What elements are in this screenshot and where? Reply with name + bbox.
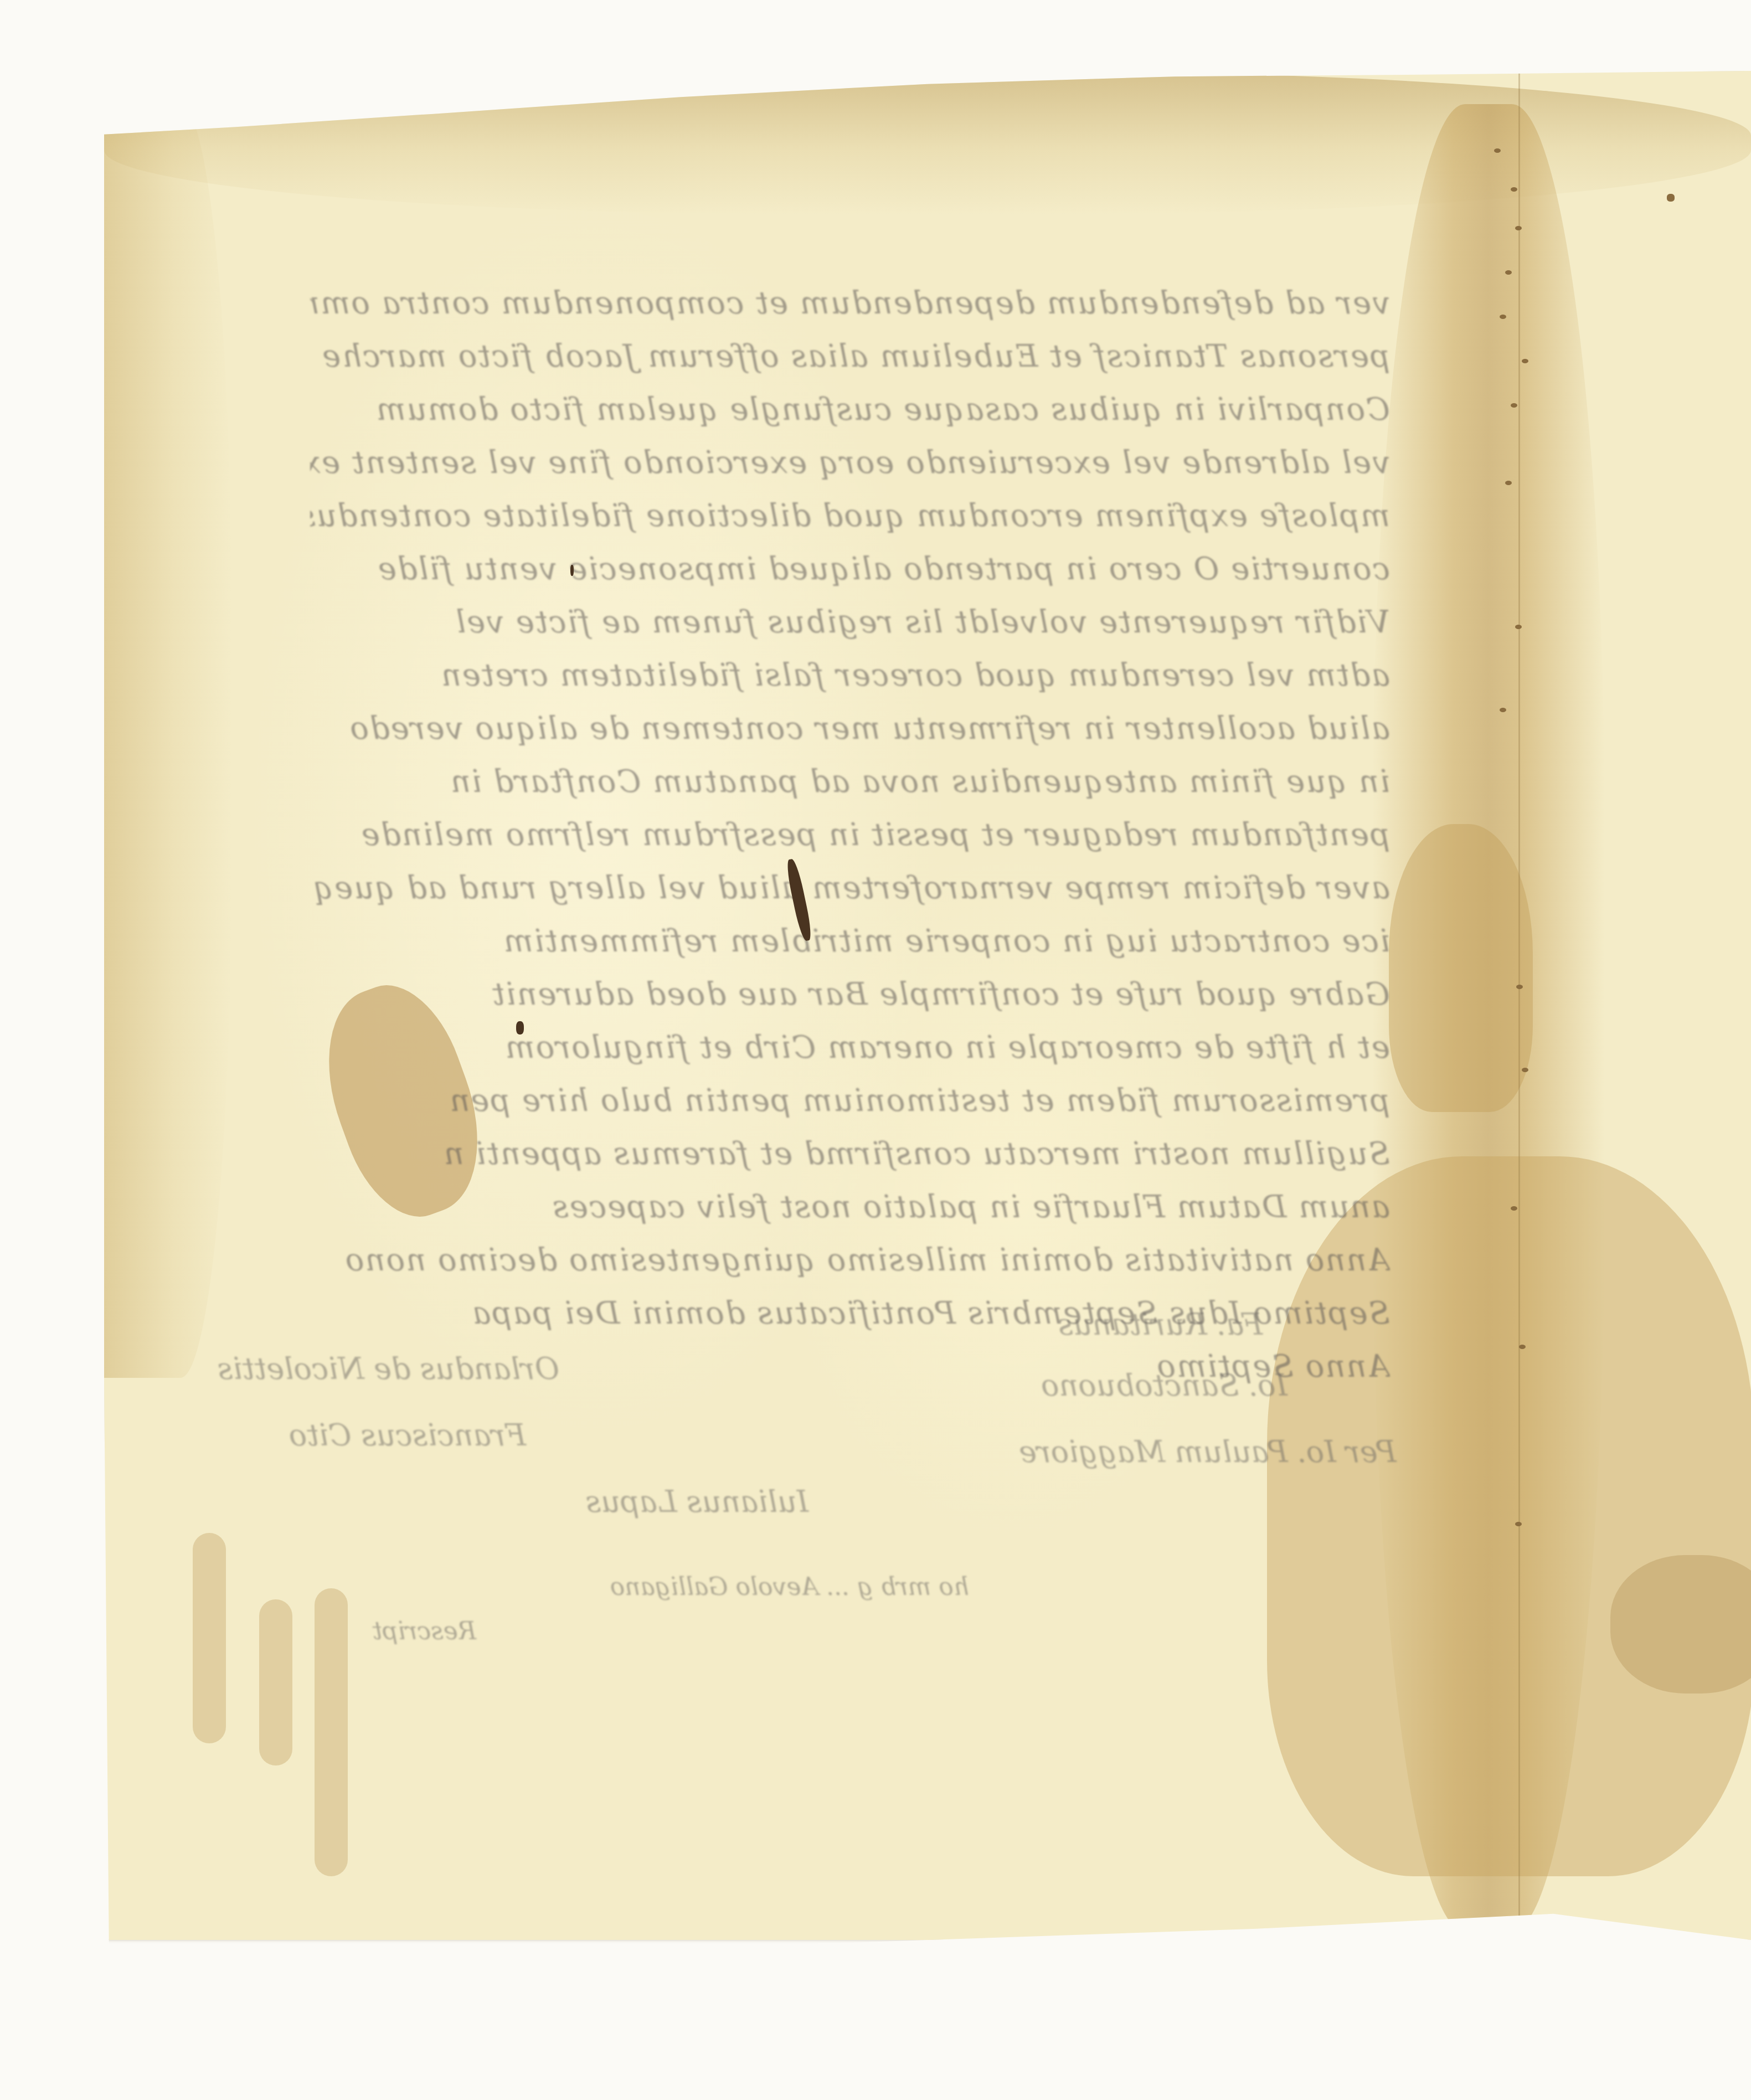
text-line: et h fifte de cmeoraple in oneram Cirb e… [310, 1021, 1390, 1074]
text-line: Gabre quod rufe et confirmple Bar aue do… [310, 968, 1390, 1021]
bleed-through-text-block: ver ad defendendum dependendum et compon… [310, 277, 1390, 1393]
text-line: premissorum fidem et testimonium pentin … [310, 1074, 1390, 1128]
ink-dot [516, 1021, 524, 1034]
ink-dot [570, 565, 574, 576]
text-line: Anno nativitatis domini millesimo quinge… [310, 1234, 1390, 1287]
text-line: mplosfe expfinem ercondum quod dilection… [310, 490, 1390, 543]
drip-stain [193, 1533, 226, 1743]
ink-dot [1667, 194, 1675, 202]
signature-block: Fa. Ruritanus Io. Sanctobuono Per Io. Pa… [310, 1285, 1390, 1672]
signature: Iulianus Lapus [586, 1484, 808, 1519]
dark-patch-stain [1610, 1555, 1751, 1694]
text-line: ice contractu iug in conperie mitriblem … [310, 915, 1390, 968]
text-line: in que finim antequendius nova ad panatu… [310, 755, 1390, 809]
text-line: ver ad defendendum dependendum et compon… [310, 277, 1390, 330]
signature: Rescript [373, 1617, 476, 1645]
text-line: Vidfir requerente volveldt lis regibus f… [310, 596, 1390, 649]
text-line: aliud acollenter in refirmentu mer conte… [310, 702, 1390, 755]
signature: Fa. Ruritanus [1058, 1307, 1263, 1342]
text-line: anum Datum Fluarfie in palatio nost feli… [310, 1181, 1390, 1234]
text-line: aver deficim rempe vernarofertem aliud v… [310, 862, 1390, 915]
left-margin-stain [104, 104, 231, 1378]
signature: Per Io. Paulum Maggiore [1019, 1434, 1397, 1469]
text-line: Conparlivi in quibus casaque cusfungle q… [310, 383, 1390, 436]
text-line: vel aldrende vel exceruiendo eorq exerci… [310, 436, 1390, 490]
signature: Io. Sanctobuono [1041, 1368, 1287, 1403]
signature: ho mrb g ... Aevolo Galligano [610, 1573, 969, 1601]
text-line: Sugillum nostri mercatu consfirmd et far… [310, 1128, 1390, 1181]
fold-stain-upper-blob [1389, 824, 1533, 1112]
text-line: personas Ttanicsf et Eubelium alias offe… [310, 330, 1390, 383]
center-fold-line [1518, 71, 1520, 1940]
text-line: adtm vel cerendum quod corecer falsi fid… [310, 649, 1390, 702]
signature: Orlandus de Nicolettis [218, 1351, 559, 1386]
signature: Franciscus Cito [289, 1418, 526, 1453]
text-line: conuertie O cero in partendo aliqued imp… [310, 543, 1390, 596]
drip-stain [259, 1599, 292, 1766]
text-line: pentfandum redaguer et pessit in pessfrd… [310, 809, 1390, 862]
